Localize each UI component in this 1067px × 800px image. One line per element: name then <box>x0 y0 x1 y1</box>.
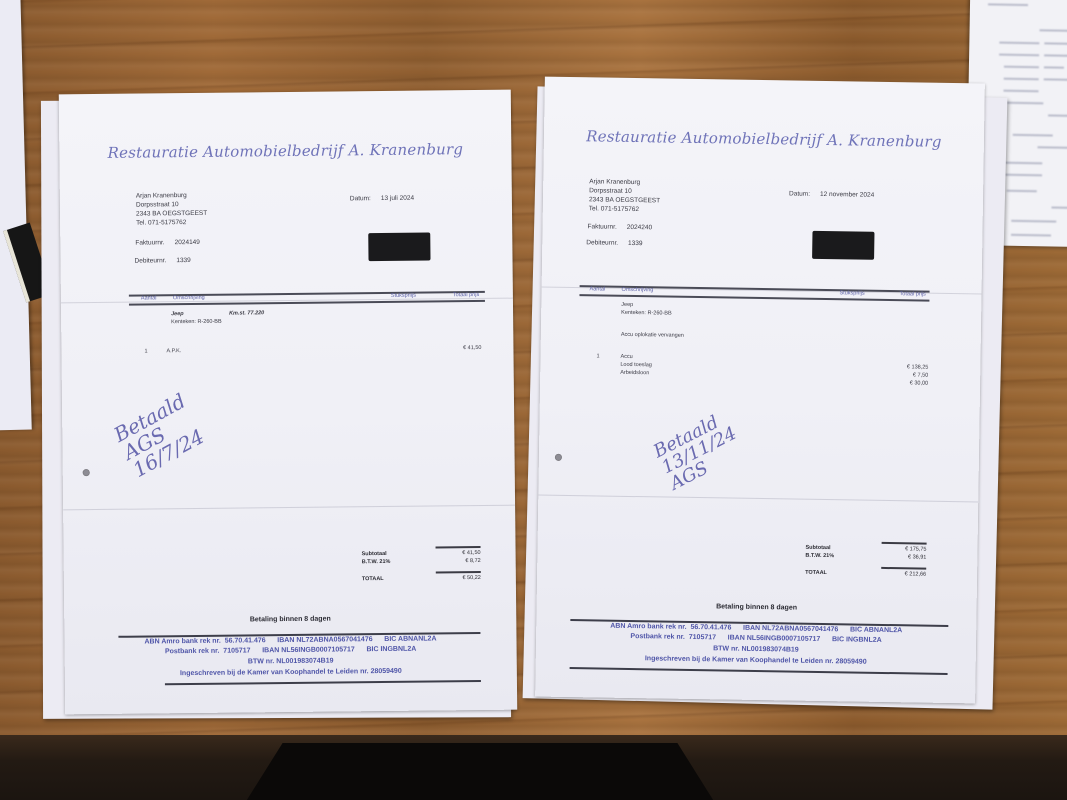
redaction-mark <box>368 233 430 262</box>
customer-address: Arjan Kranenburg Dorpsstraat 10 2343 BA … <box>589 177 661 214</box>
footer-bank-postbank: Postbank rek nr. 7105717 IBAN NL56INGB00… <box>65 645 517 657</box>
totals-block: Subtotaal € 175,75 B.T.W. 21% € 36,91 TO… <box>538 539 978 546</box>
debtor-number: Debiteurnr.1339 <box>134 257 190 265</box>
vehicle: Jeep <box>621 302 633 308</box>
company-letterhead: Restauratie Automobielbedrijf A. Kranenb… <box>544 127 984 152</box>
dark-object <box>245 743 715 800</box>
totals-block: Subtotaal € 41,50 B.T.W. 21% € 8,72 TOTA… <box>64 548 516 553</box>
floor-shadow <box>0 735 1067 800</box>
footer-chamber-of-commerce: Ingeschreven bij de Kamer van Koophandel… <box>65 667 517 679</box>
punch-hole <box>555 454 562 461</box>
line-qty: 1 <box>596 353 599 359</box>
line-description: Lood toeslag <box>620 362 652 368</box>
punch-hole <box>83 469 90 476</box>
footer-chamber-of-commerce: Ingeschreven bij de Kamer van Koophandel… <box>536 654 976 668</box>
line-description: Accu <box>620 354 632 360</box>
job-description: Accu oplokatie vervangen <box>621 332 684 339</box>
license-plate: Kenteken: R-260-BB <box>621 310 672 317</box>
payment-term: Betaling binnen 8 dagen <box>64 614 516 626</box>
invoice-july: Restauratie Automobielbedrijf A. Kranenb… <box>59 90 517 715</box>
invoice-november: Restauratie Automobielbedrijf A. Kranenb… <box>535 77 985 704</box>
line-price: € 138,25 <box>878 364 928 371</box>
company-letterhead: Restauratie Automobielbedrijf A. Kranenb… <box>59 140 511 163</box>
customer-address: Arjan Kranenburg Dorpsstraat 10 2343 BA … <box>136 191 208 228</box>
line-price: € 30,00 <box>878 380 928 387</box>
line-description: Arbeidsloon <box>620 370 649 376</box>
invoice-number: Faktuurnr.2024240 <box>587 223 652 231</box>
invoice-date: Datum:13 juli 2024 <box>350 195 414 203</box>
footer-vat-number: BTW nr. NL001983074B19 <box>65 656 517 668</box>
line-price: € 7,50 <box>878 372 928 379</box>
invoice-date: Datum:12 november 2024 <box>789 190 874 198</box>
license-plate: Kenteken: R-260-BB <box>171 319 222 326</box>
line-price: € 41,50 <box>431 345 481 352</box>
handwritten-paid-note: Betaald 13/11/24 AGS <box>651 409 748 494</box>
mileage: Km.st. 77.220 <box>229 310 264 316</box>
invoice-number: Faktuurnr.2024149 <box>135 239 200 247</box>
redaction-mark <box>812 231 874 260</box>
payment-term: Betaling binnen 8 dagen <box>537 601 977 615</box>
handwritten-paid-note: Betaald AGS 16/7/24 <box>111 390 208 480</box>
vehicle: Jeep <box>171 311 184 317</box>
line-description: A.P.K. <box>166 348 181 354</box>
debtor-number: Debiteurnr.1339 <box>586 239 642 247</box>
line-qty: 1 <box>144 348 147 354</box>
